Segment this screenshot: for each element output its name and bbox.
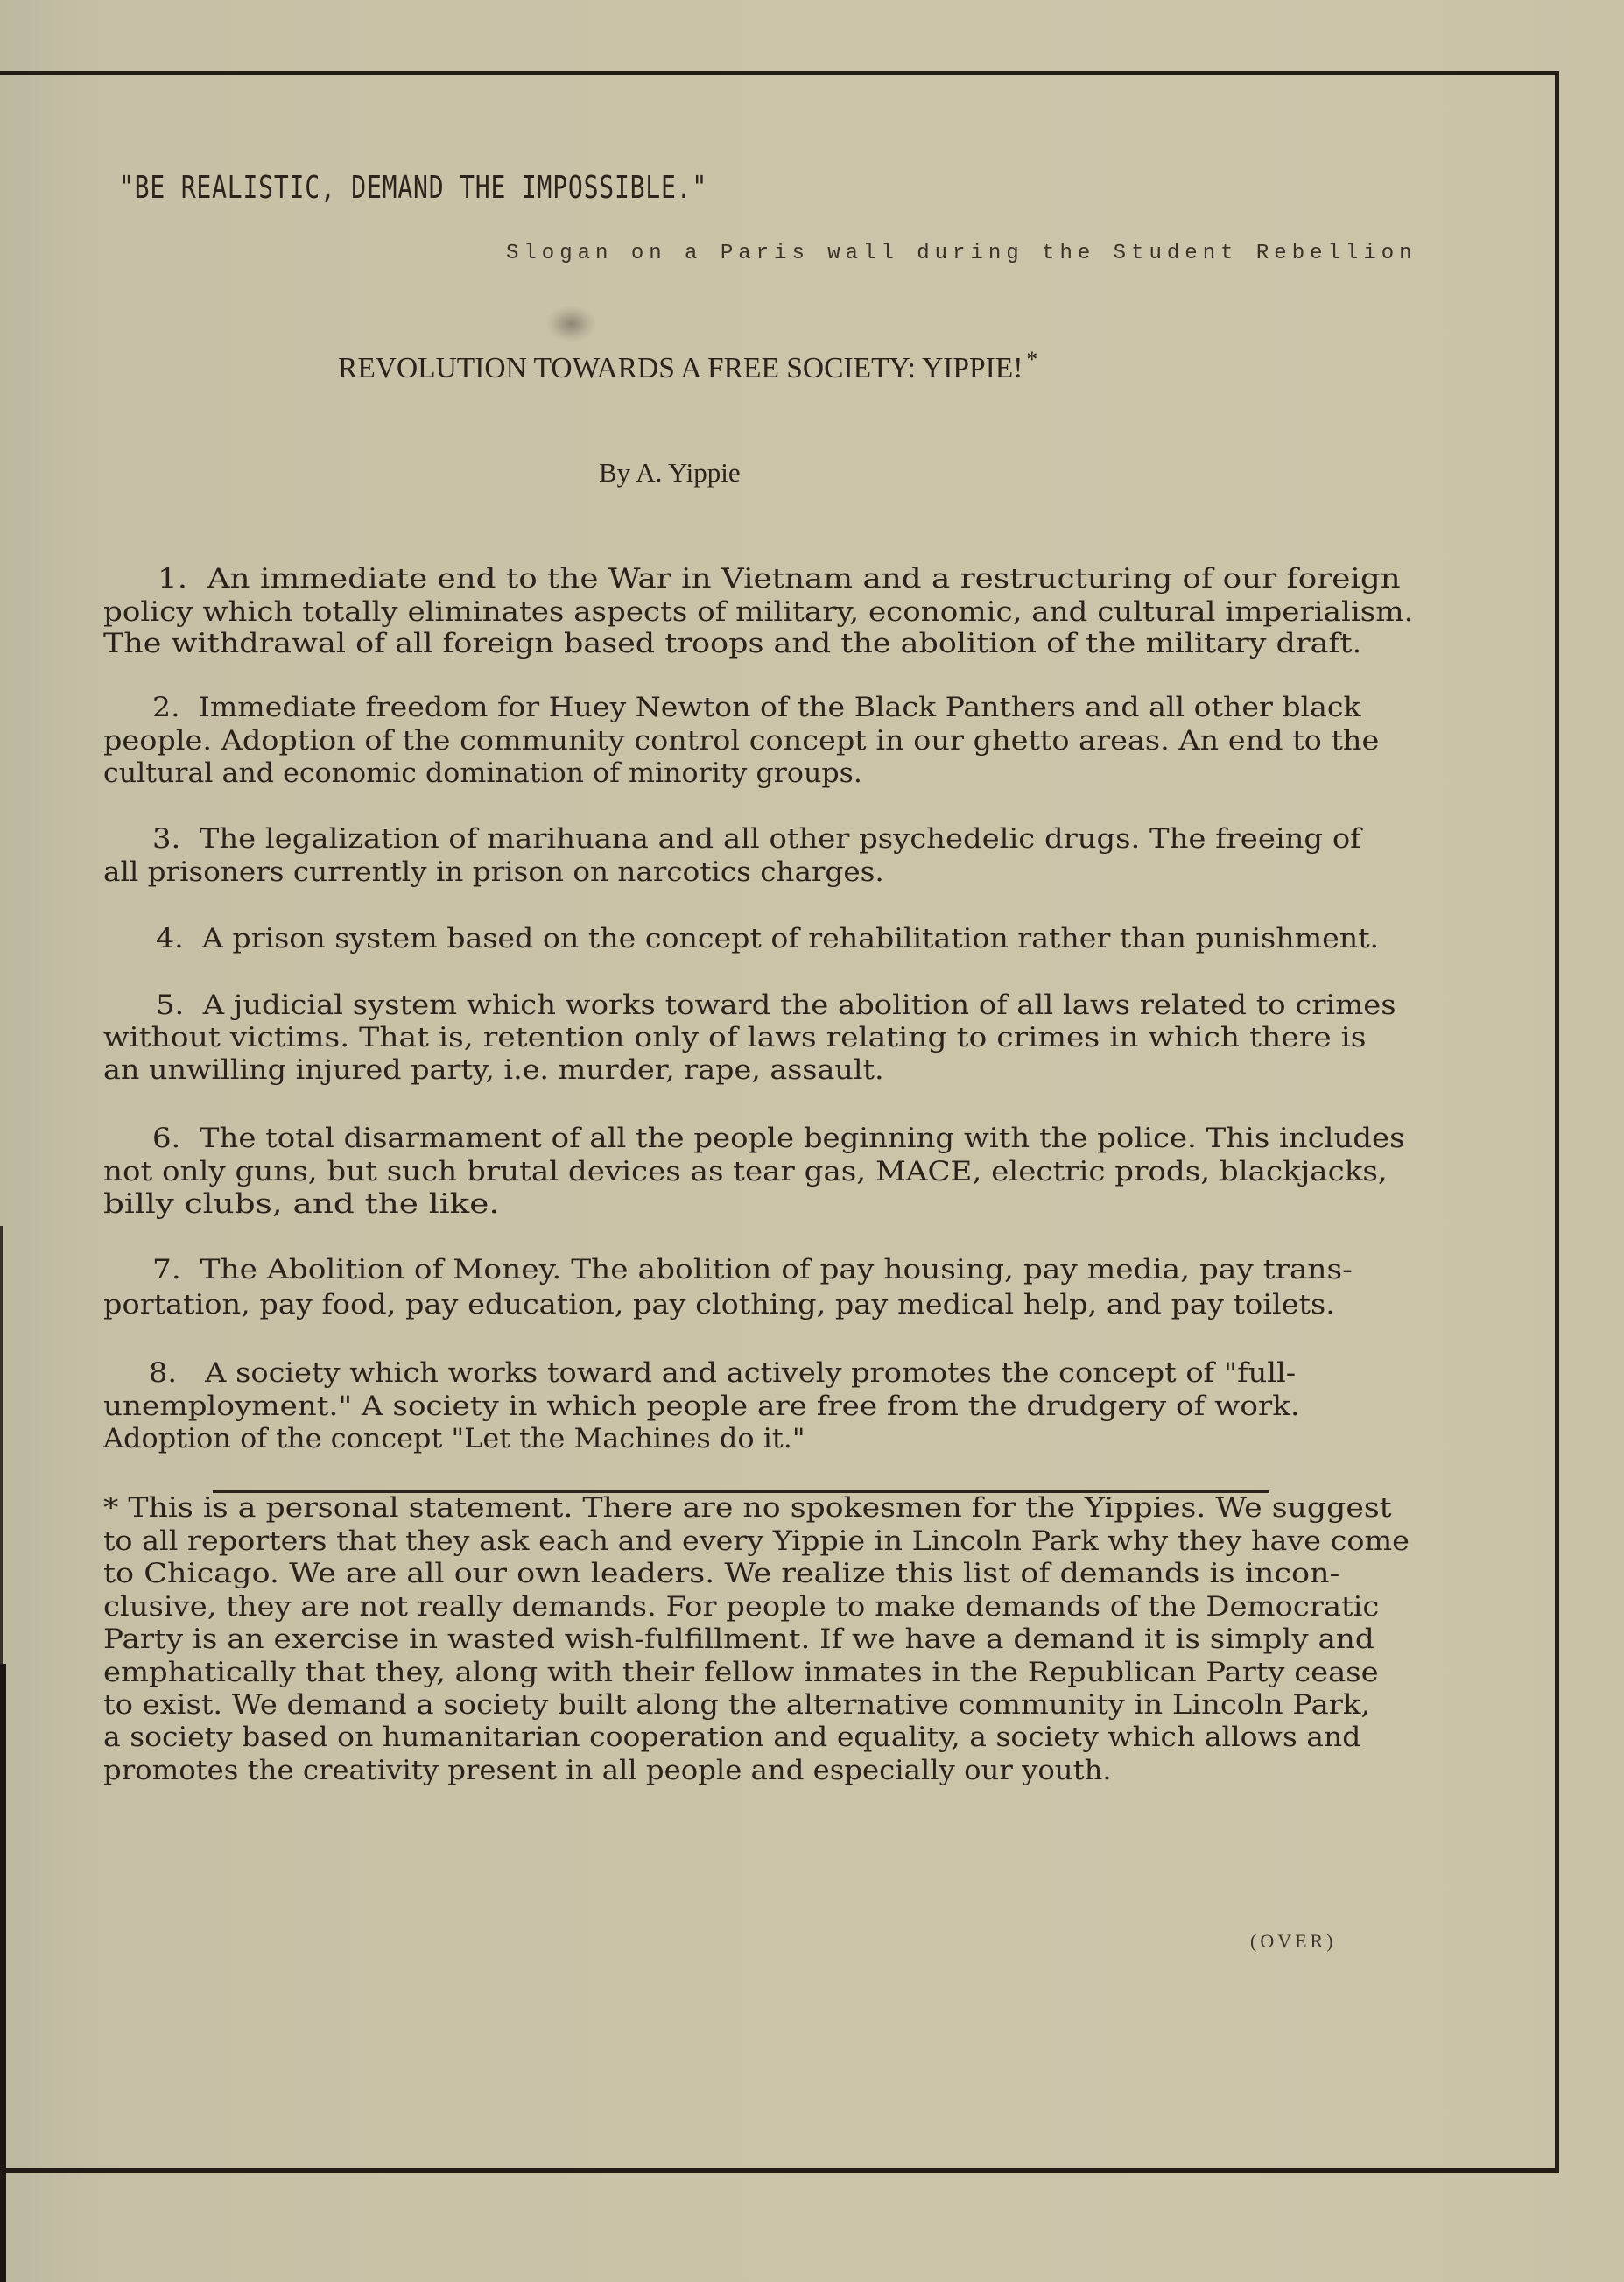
- demand-3-line-1: 3. The legalization of marihuana and all…: [152, 823, 1361, 855]
- demand-2-line-1: 2. Immediate freedom for Huey Newton of …: [152, 692, 1361, 723]
- demand-2-line-2: people. Adoption of the community contro…: [103, 725, 1379, 757]
- demand-5-line-3: an unwilling injured party, i.e. murder,…: [103, 1054, 884, 1086]
- footnote-line-6: emphatically that they, along with their…: [103, 1657, 1379, 1688]
- footnote-line-8: a society based on humanitarian cooperat…: [103, 1722, 1360, 1753]
- footnote-line-5: Party is an exercise in wasted wish-fulf…: [103, 1623, 1374, 1655]
- page-edge-shadow: [0, 1226, 3, 1664]
- demand-6-line-3: billy clubs, and the like.: [103, 1188, 499, 1220]
- document-title: REVOLUTION TOWARDS A FREE SOCIETY: YIPPI…: [338, 347, 1037, 385]
- demand-1-line-2: policy which totally eliminates aspects …: [103, 596, 1413, 628]
- demand-5-line-1: 5. A judicial system which works toward …: [156, 990, 1396, 1021]
- demand-4-line-1: 4. A prison system based on the concept …: [156, 923, 1379, 954]
- footnote-line-3: to Chicago. We are all our own leaders. …: [103, 1558, 1339, 1589]
- demand-6-line-1: 6. The total disarmament of all the peop…: [152, 1123, 1404, 1154]
- epigraph-attribution: Slogan on a Paris wall during the Studen…: [506, 242, 1417, 265]
- demand-3-line-2: all prisoners currently in prison on nar…: [103, 856, 884, 888]
- demand-1-line-3: The withdrawal of all foreign based troo…: [103, 628, 1362, 659]
- footnote-line-9: promotes the creativity present in all p…: [103, 1755, 1112, 1786]
- demand-5-line-2: without victims. That is, retention only…: [103, 1022, 1366, 1053]
- page-edge-shadow-lower: [0, 1664, 6, 2282]
- footnote-line-7: to exist. We demand a society built alon…: [103, 1689, 1370, 1721]
- continuation-note: (OVER): [1250, 1930, 1337, 1953]
- footnote-line-1: * This is a personal statement. There ar…: [103, 1492, 1392, 1524]
- title-footnote-marker: *: [1026, 347, 1037, 372]
- demand-7-line-1: 7. The Abolition of Money. The abolition…: [152, 1254, 1353, 1285]
- footnote-line-4: clusive, they are not really demands. Fo…: [103, 1591, 1379, 1623]
- demand-2-line-3: cultural and economic domination of mino…: [103, 757, 862, 789]
- demand-1-line-1: 1. An immediate end to the War in Vietna…: [158, 563, 1401, 595]
- page-border: [0, 71, 1559, 2173]
- title-text: REVOLUTION TOWARDS A FREE SOCIETY: YIPPI…: [338, 352, 1023, 384]
- scan-smudge: [547, 306, 595, 342]
- demand-8-line-1: 8. A society which works toward and acti…: [149, 1357, 1296, 1389]
- demand-6-line-2: not only guns, but such brutal devices a…: [103, 1156, 1388, 1187]
- demand-8-line-2: unemployment." A society in which people…: [103, 1391, 1300, 1422]
- demand-8-line-3: Adoption of the concept "Let the Machine…: [103, 1423, 805, 1454]
- footnote-line-2: to all reporters that they ask each and …: [103, 1525, 1410, 1557]
- epigraph-slogan: "BE REALISTIC, DEMAND THE IMPOSSIBLE.": [119, 170, 707, 206]
- byline: By A. Yippie: [599, 457, 741, 489]
- demand-7-line-2: portation, pay food, pay education, pay …: [103, 1289, 1335, 1321]
